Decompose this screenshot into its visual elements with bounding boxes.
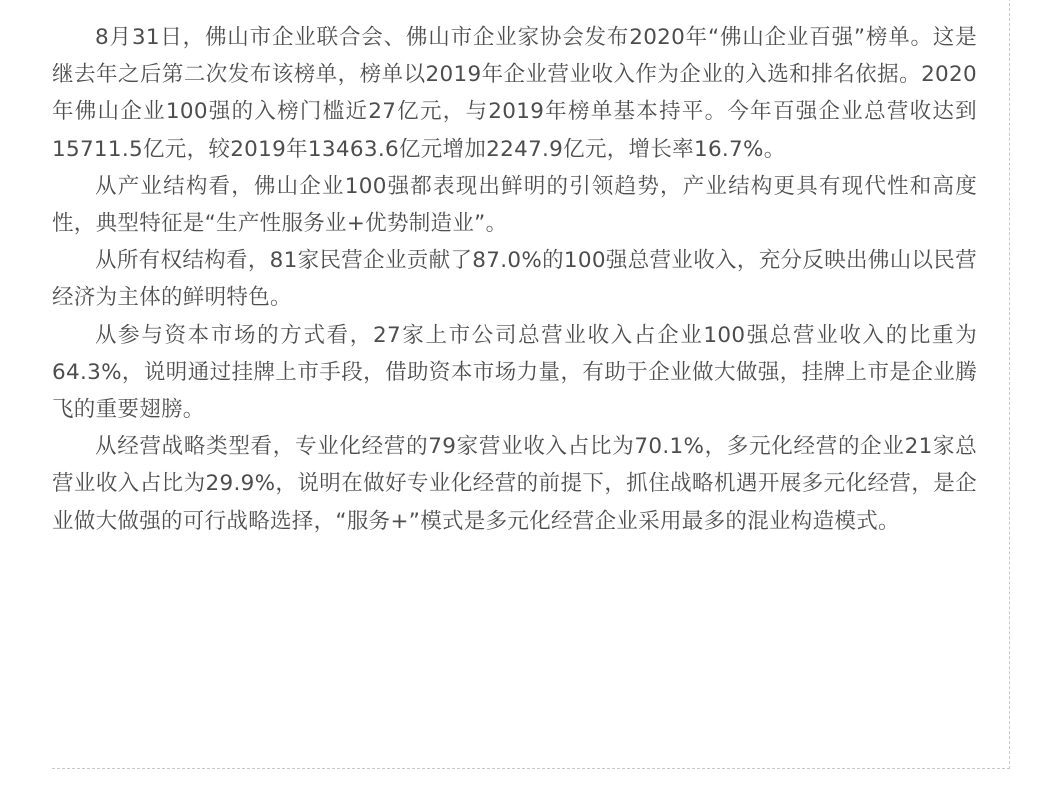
article-body: 8月31日，佛山市企业联合会、佛山市企业家协会发布2020年“佛山企业百强”榜单…: [52, 19, 977, 540]
paragraph-intro: 8月31日，佛山市企业联合会、佛山市企业家协会发布2020年“佛山企业百强”榜单…: [52, 19, 977, 168]
paragraph-business-strategy: 从经营战略类型看，专业化经营的79家营业收入占比为70.1%，多元化经营的企业2…: [52, 428, 977, 540]
paragraph-industry-structure: 从产业结构看，佛山企业100强都表现出鲜明的引领趋势，产业结构更具有现代性和高度…: [52, 168, 977, 242]
paragraph-capital-market: 从参与资本市场的方式看，27家上市公司总营业收入占企业100强总营业收入的比重为…: [52, 317, 977, 429]
paragraph-ownership-structure: 从所有权结构看，81家民营企业贡献了87.0%的100强总营业收入，充分反映出佛…: [52, 242, 977, 316]
